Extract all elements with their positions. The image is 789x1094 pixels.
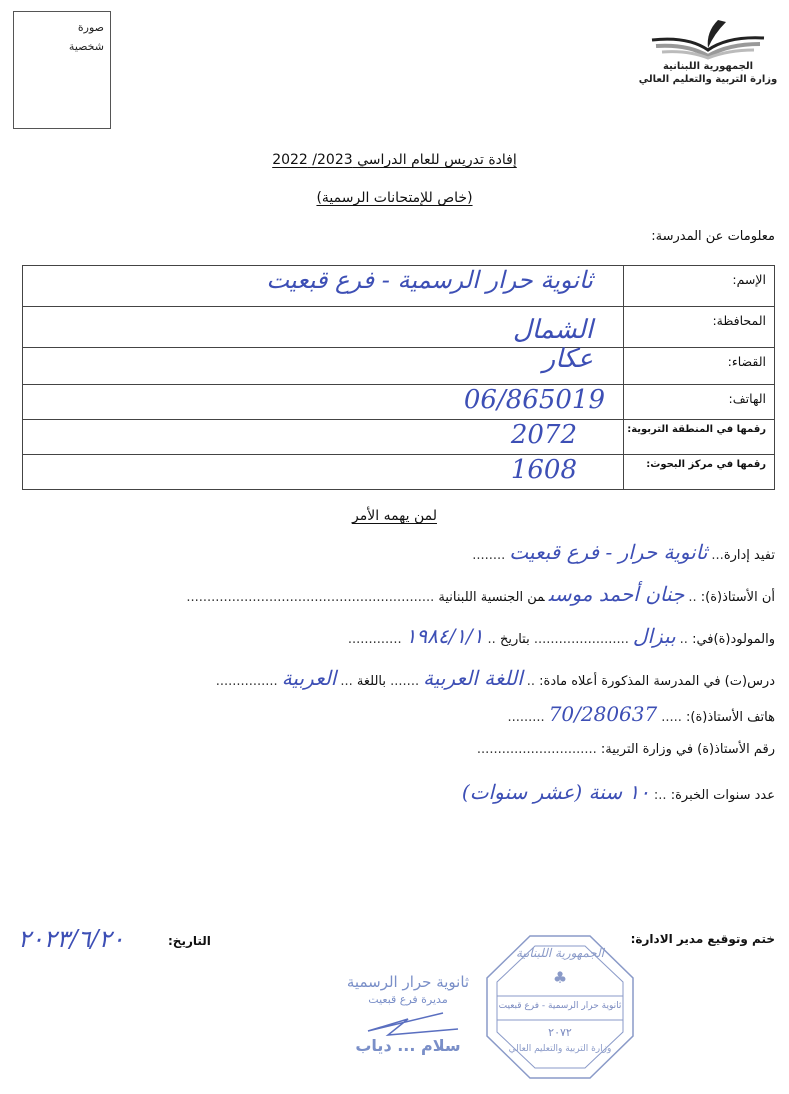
page-title: إفادة تدريس للعام الدراسي 2023/ 2022: [0, 152, 789, 168]
governorate-value-cell[interactable]: الشمال: [23, 307, 624, 348]
regional-number-value-cell[interactable]: 2072: [23, 420, 624, 455]
photo-label-line1: صورة: [69, 18, 104, 37]
signature-name: سلام ... دياب: [318, 1037, 498, 1055]
to-whom-heading: لمن يهمه الأمر: [0, 508, 789, 524]
date-label: التاريخ:: [168, 934, 211, 948]
signature-label: ختم وتوقيع مدير الادارة:: [631, 932, 775, 946]
country-name: الجمهورية اللبنانية: [628, 60, 788, 73]
experience-value[interactable]: ١٠ سنة (عشر سنوات): [462, 780, 650, 804]
governorate-value: الشمال: [513, 317, 593, 343]
table-row: الهاتف: 06/865019: [23, 385, 775, 420]
research-center-number-label: رقمها في مركز البحوث:: [624, 455, 775, 490]
language-label: باللغة: [357, 674, 386, 689]
ministry-logo: الجمهورية اللبنانية وزارة التربية والتعل…: [628, 14, 788, 86]
line-teacher: أن الأستاذ(ة): ..جنان أحمد موسىمن الجنسي…: [186, 582, 775, 606]
regional-number-label: رقمها في المنطقة التربوية:: [624, 420, 775, 455]
research-center-number-value: 1608: [511, 457, 577, 483]
district-value: عكار: [543, 346, 593, 372]
stamp-center-text: ثانوية حرار الرسمية - فرع قبعيت: [485, 1001, 635, 1011]
line-ministry-number: رقم الأستاذ(ة) في وزارة التربية: .......…: [477, 742, 775, 757]
teacher-label: أن الأستاذ(ة):: [701, 590, 775, 605]
birthdate-label: بتاريخ: [500, 632, 530, 647]
district-value-cell[interactable]: عكار: [23, 348, 624, 385]
ministry-number-label: رقم الأستاذ(ة) في وزارة التربية:: [601, 742, 775, 757]
name-label: الإسم:: [624, 266, 775, 307]
phone-value: 06/865019: [464, 387, 605, 413]
personal-photo-box: صورة شخصية: [13, 11, 111, 129]
line-experience: عدد سنوات الخبرة: ..:١٠ سنة (عشر سنوات): [458, 780, 775, 804]
official-stamp: الجمهورية اللبنانية ♣ ثانوية حرار الرسمي…: [485, 934, 635, 1080]
table-row: المحافظة: الشمال: [23, 307, 775, 348]
line-administration: تفيد إدارة...ثانوية حرار - فرع قبعيت....…: [472, 540, 775, 564]
administration-label: تفيد إدارة: [724, 548, 775, 563]
district-label: القضاء:: [624, 348, 775, 385]
photo-label: صورة شخصية: [69, 18, 104, 56]
language-value[interactable]: العربية: [282, 666, 337, 690]
teacher-phone-label: هاتف الأستاذ(ة):: [686, 710, 775, 725]
line-teacher-phone: هاتف الأستاذ(ة): .....70/280637.........: [507, 702, 775, 726]
page-subtitle: (خاص للإمتحانات الرسمية): [0, 190, 789, 206]
table-row: الإسم: ثانوية حرار الرسمية - فرع قبعيت: [23, 266, 775, 307]
open-book-pen-logo-icon: [648, 14, 768, 60]
school-info-label: معلومات عن المدرسة:: [651, 229, 775, 244]
phone-value-cell[interactable]: 06/865019: [23, 385, 624, 420]
principal-signature-block: ثانوية حرار الرسمية مديرة فرع قبعيت سلام…: [318, 973, 498, 1055]
to-whom-heading-text: لمن يهمه الأمر: [352, 508, 437, 524]
date-value[interactable]: ٢٠٢٣/٦/٢٠: [18, 925, 124, 953]
line-birth: والمولود(ة)في: ..ببزال..................…: [348, 624, 775, 648]
phone-label: الهاتف:: [624, 385, 775, 420]
stamp-number: ٢٠٧٢: [485, 1026, 635, 1039]
signature-school-name: ثانوية حرار الرسمية: [318, 973, 498, 991]
name-value-cell[interactable]: ثانوية حرار الرسمية - فرع قبعيت: [23, 266, 624, 307]
table-row: رقمها في المنطقة التربوية: 2072: [23, 420, 775, 455]
nationality-label: من الجنسية اللبنانية: [438, 590, 544, 605]
signature-scribble-icon: [348, 1009, 468, 1037]
photo-label-line2: شخصية: [69, 37, 104, 56]
experience-label: عدد سنوات الخبرة:: [671, 788, 775, 803]
ministry-number-field[interactable]: .............................: [477, 742, 597, 757]
table-row: رقمها في مركز البحوث: 1608: [23, 455, 775, 490]
governorate-label: المحافظة:: [624, 307, 775, 348]
page-title-text: إفادة تدريس للعام الدراسي 2023/ 2022: [272, 152, 517, 168]
birthdate-value[interactable]: ١٩٨٤/١/١: [406, 624, 484, 648]
teacher-phone-value[interactable]: 70/280637: [549, 702, 658, 726]
research-center-number-value-cell[interactable]: 1608: [23, 455, 624, 490]
stamp-top-text: الجمهورية اللبنانية: [485, 946, 635, 960]
cedar-icon: ♣: [485, 968, 635, 987]
ministry-name: وزارة التربية والتعليم العالي: [628, 73, 788, 86]
table-row: القضاء: عكار: [23, 348, 775, 385]
page-subtitle-text: (خاص للإمتحانات الرسمية): [316, 190, 472, 206]
line-subject: درس(ت) في المدرسة المذكورة أعلاه مادة: .…: [216, 666, 775, 690]
regional-number-value: 2072: [511, 422, 577, 448]
birthplace-value[interactable]: ببزال: [633, 624, 676, 648]
teacher-name-value[interactable]: جنان أحمد موسى: [549, 582, 685, 606]
name-value: ثانوية حرار الرسمية - فرع قبعيت: [266, 268, 593, 292]
subject-label: درس(ت) في المدرسة المذكورة أعلاه مادة:: [539, 674, 775, 689]
birthplace-label: والمولود(ة)في:: [692, 632, 775, 647]
school-info-table: الإسم: ثانوية حرار الرسمية - فرع قبعيت ا…: [22, 265, 775, 490]
subject-value[interactable]: اللغة العربية: [423, 666, 523, 690]
stamp-bottom-text: وزارة التربية والتعليم العالي: [485, 1044, 635, 1054]
administration-value[interactable]: ثانوية حرار - فرع قبعيت: [509, 540, 707, 564]
signature-branch: مديرة فرع قبعيت: [318, 991, 498, 1009]
